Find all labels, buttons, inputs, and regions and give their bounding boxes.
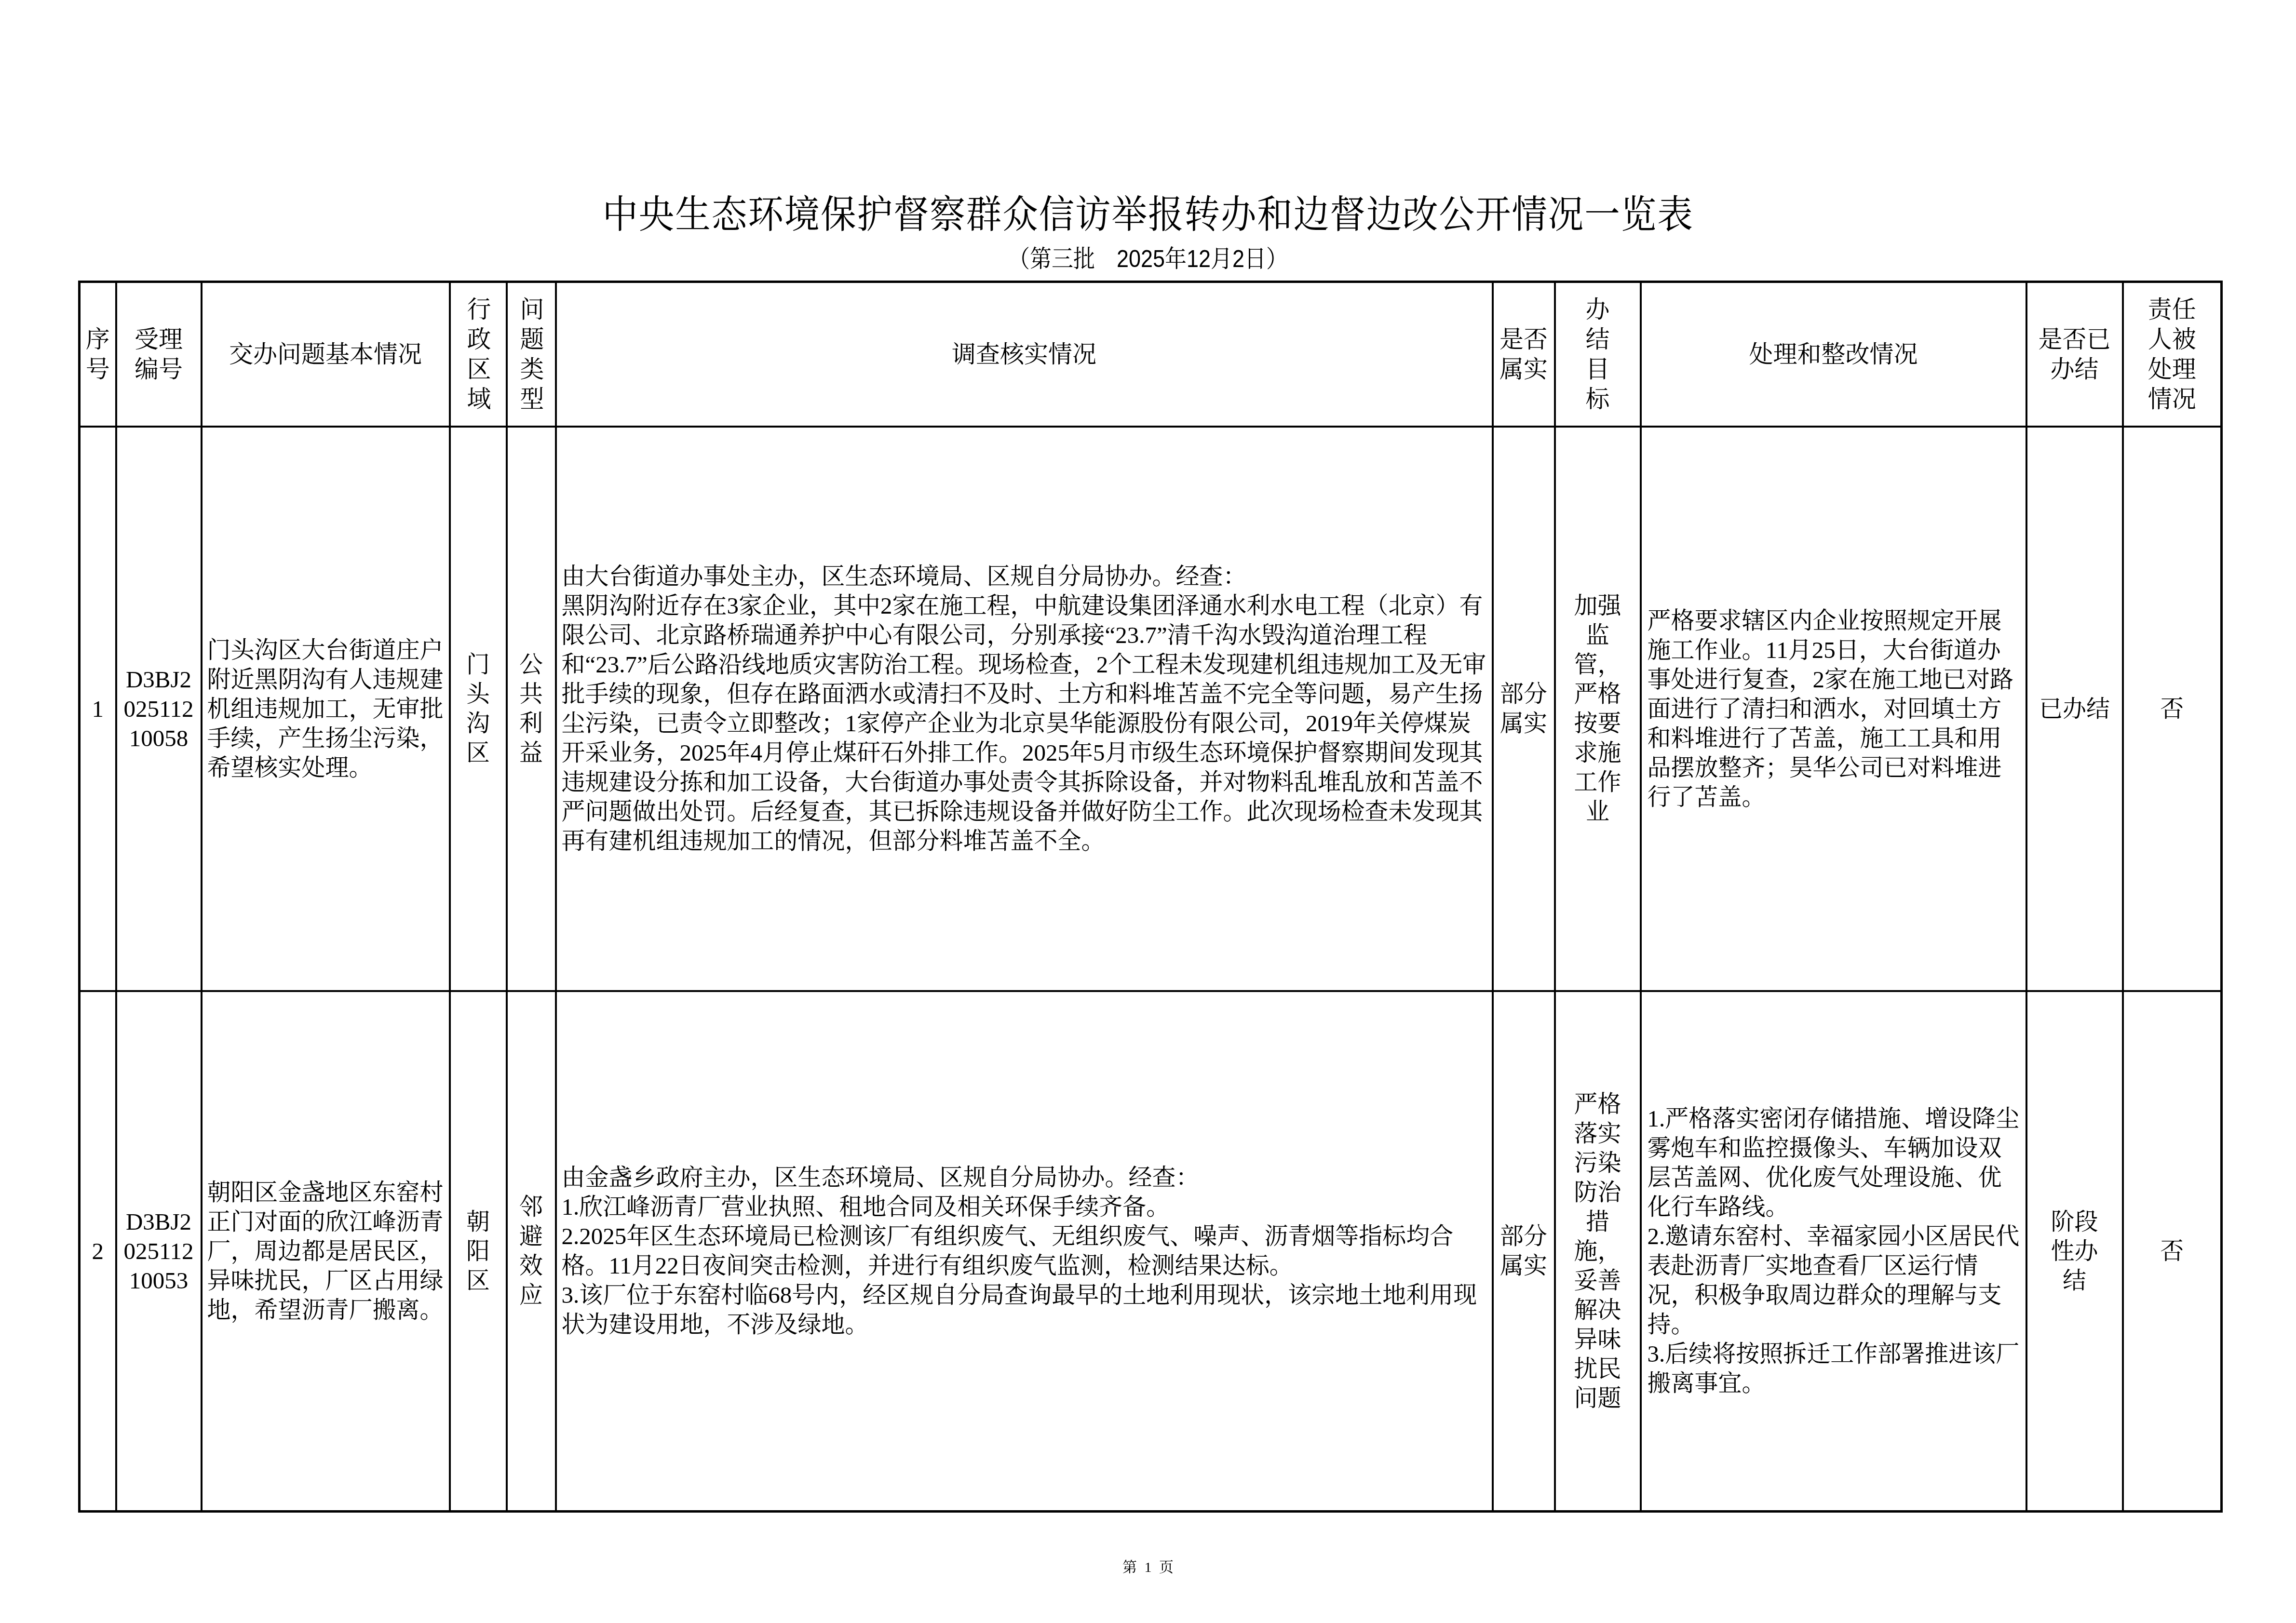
header-district: 行政区域 xyxy=(450,282,507,427)
cell-issue-type: 邻避效应 xyxy=(507,991,556,1512)
header-investigation: 调查核实情况 xyxy=(556,282,1493,427)
cell-verified: 部分属实 xyxy=(1493,427,1555,991)
document-title: 中央生态环境保护督察群众信访举报转办和边督边改公开情况一览表 xyxy=(92,190,2204,239)
cell-district: 朝阳区 xyxy=(450,991,507,1512)
header-seq: 序号 xyxy=(80,282,116,427)
cell-accountability: 否 xyxy=(2123,427,2222,991)
cell-closed: 已办结 xyxy=(2026,427,2123,991)
cell-issue: 朝阳区金盏地区东窑村正门对面的欣江峰沥青厂，周边都是居民区，异味扰民，厂区占用绿… xyxy=(202,991,450,1512)
header-verified: 是否属实 xyxy=(1493,282,1555,427)
cell-district: 门头沟区 xyxy=(450,427,507,991)
cell-issue: 门头沟区大台街道庄户附近黑阴沟有人违规建机组违规加工，无审批手续，产生扬尘污染，… xyxy=(202,427,450,991)
disclosure-table: 序号 受理编号 交办问题基本情况 行政区域 问题类型 调查核实情况 是否属实 办… xyxy=(78,281,2223,1513)
cell-investigation: 由大台街道办事处主办，区生态环境局、区规自分局协办。经查： 黑阴沟附近存在3家企… xyxy=(556,427,1493,991)
header-closed: 是否已办结 xyxy=(2026,282,2123,427)
header-case-no: 受理编号 xyxy=(116,282,202,427)
cell-closed: 阶段性办结 xyxy=(2026,991,2123,1512)
table-row: 2 D3BJ202511210053 朝阳区金盏地区东窑村正门对面的欣江峰沥青厂… xyxy=(80,991,2222,1512)
cell-handling: 严格要求辖区内企业按照规定开展施工作业。11月25日，大台街道办事处进行复查，2… xyxy=(1641,427,2026,991)
cell-goal: 严格落实污染防治措施，妥善解决异味扰民问题 xyxy=(1555,991,1641,1512)
header-issue: 交办问题基本情况 xyxy=(202,282,450,427)
cell-seq: 2 xyxy=(80,991,116,1512)
header-handling: 处理和整改情况 xyxy=(1641,282,2026,427)
cell-verified: 部分属实 xyxy=(1493,991,1555,1512)
cell-issue-type: 公共利益 xyxy=(507,427,556,991)
table-row: 1 D3BJ202511210058 门头沟区大台街道庄户附近黑阴沟有人违规建机… xyxy=(80,427,2222,991)
cell-goal: 加强监管，严格按要求施工作业 xyxy=(1555,427,1641,991)
cell-accountability: 否 xyxy=(2123,991,2222,1512)
page-number: 第 1 页 xyxy=(0,1558,2296,1577)
cell-case-no: D3BJ202511210058 xyxy=(116,427,202,991)
document-subtitle: （第三批 2025年12月2日） xyxy=(115,243,2181,274)
header-row: 序号 受理编号 交办问题基本情况 行政区域 问题类型 调查核实情况 是否属实 办… xyxy=(80,282,2222,427)
cell-investigation: 由金盏乡政府主办，区生态环境局、区规自分局协办。经查： 1.欣江峰沥青厂营业执照… xyxy=(556,991,1493,1512)
header-issue-type: 问题类型 xyxy=(507,282,556,427)
header-goal: 办结目标 xyxy=(1555,282,1641,427)
header-accountability: 责任人被处理情况 xyxy=(2123,282,2222,427)
cell-case-no: D3BJ202511210053 xyxy=(116,991,202,1512)
cell-seq: 1 xyxy=(80,427,116,991)
cell-handling: 1.严格落实密闭存储措施、增设降尘雾炮车和监控摄像头、车辆加设双层苫盖网、优化废… xyxy=(1641,991,2026,1512)
